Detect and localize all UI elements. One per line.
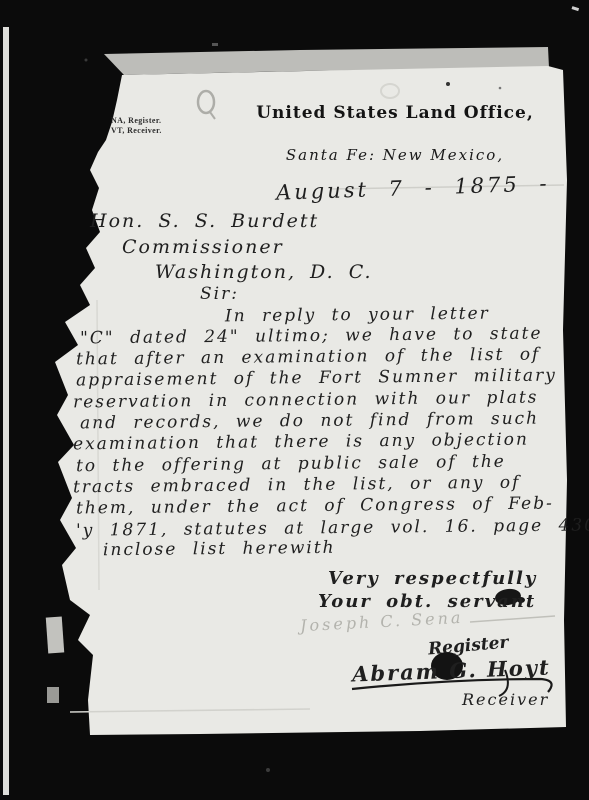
body-line: In reply to your letter [225, 304, 490, 327]
salutation: Sir: [200, 284, 239, 304]
addressee-city: Washington, D. C. [155, 261, 373, 283]
addressee-title: Commissioner [122, 236, 284, 258]
addressee-name: Hon. S. S. Burdett [90, 210, 319, 232]
torn-scrap [46, 616, 64, 653]
receiver-title: Receiver [462, 690, 549, 709]
speck [85, 59, 88, 62]
body-line: inclose list herewith [103, 538, 336, 560]
closing-respectfully: Very respectfully [328, 568, 537, 589]
letterhead-receiver-line: VT, Receiver. [111, 126, 162, 136]
film-edge-strip [3, 27, 9, 795]
letterhead-office-title: United States Land Office, [240, 103, 550, 123]
speck [499, 87, 502, 90]
letterhead-register-line: NA, Register. [111, 116, 161, 126]
letterhead-place-line: Santa Fe: New Mexico, [255, 146, 535, 164]
torn-scrap [47, 687, 59, 703]
speck [212, 43, 218, 46]
speck [446, 82, 450, 86]
scanned-letter-page: NA, Register. VT, Receiver. United State… [0, 0, 589, 800]
speck [266, 768, 270, 772]
